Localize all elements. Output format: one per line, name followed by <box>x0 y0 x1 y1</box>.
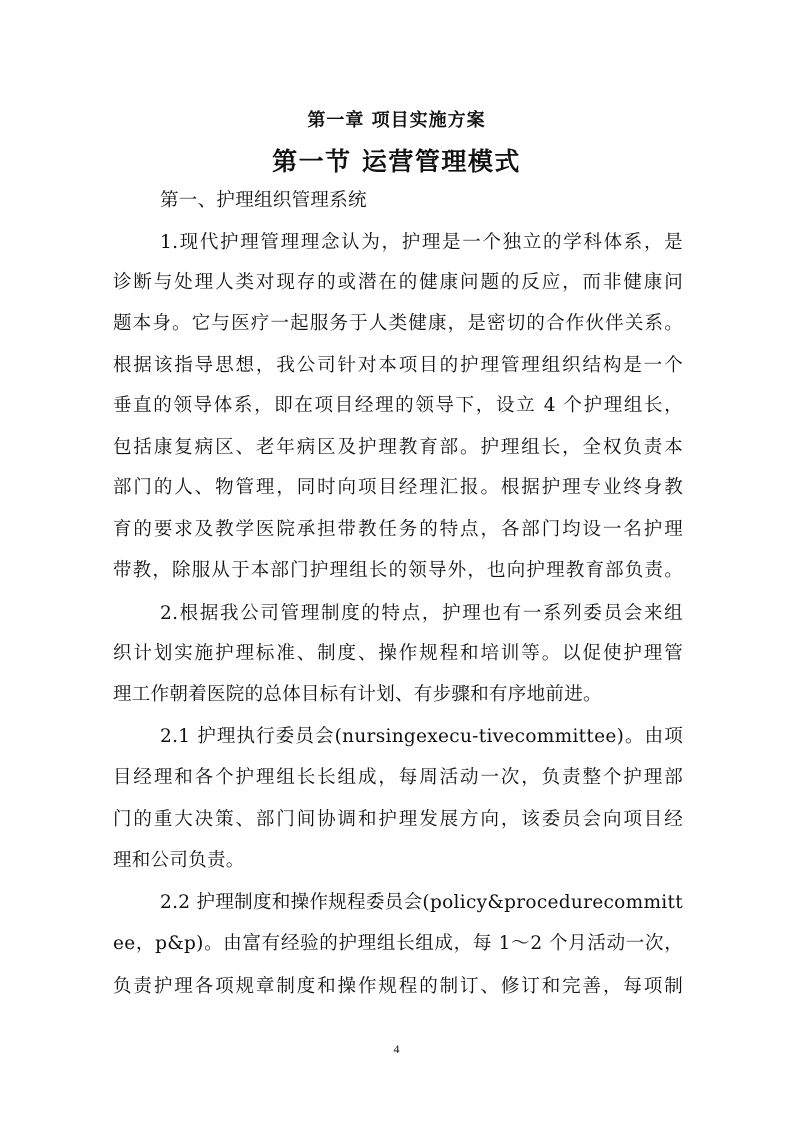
paragraph-line: 部门的人、物管理，同时向项目经理汇报。根据护理专业终身教 <box>113 476 683 500</box>
paragraph-line: 育的要求及教学医院承担带教任务的特点，各部门均设一名护理 <box>113 518 683 542</box>
paragraph-line: 包括康复病区、老年病区及护理教育部。护理组长，全权负责本 <box>113 436 683 460</box>
paragraph-line: 诊断与处理人类对现存的或潜在的健康问题的反应，而非健康问 <box>113 271 683 295</box>
paragraph-line: 2.根据我公司管理制度的特点，护理也有一系列委员会来组 <box>160 602 683 626</box>
paragraph-line: 理和公司负责。 <box>113 849 683 873</box>
paragraph-line: 负责护理各项规章制度和操作规程的制订、修订和完善，每项制 <box>113 975 683 999</box>
chapter-title: 第一章 项目实施方案 <box>0 106 793 132</box>
subsection-title: 第一、护理组织管理系统 <box>160 189 683 213</box>
section-title: 第一节 运营管理模式 <box>0 142 793 178</box>
paragraph-line: 目经理和各个护理组长长组成，每周活动一次，负责整个护理部 <box>113 766 683 790</box>
paragraph-line: 1.现代护理管理理念认为，护理是一个独立的学科体系，是 <box>160 231 683 255</box>
paragraph-line: 根据该指导思想，我公司针对本项目的护理管理组织结构是一个 <box>113 354 683 378</box>
page-number: 4 <box>0 1042 793 1057</box>
paragraph-line: 2.1 护理执行委员会(nursingexecu-tivecommittee)。… <box>160 725 683 749</box>
paragraph-line: 2.2 护理制度和操作规程委员会(policy&procedurecommitt <box>160 891 683 915</box>
paragraph-line: 带教，除服从于本部门护理组长的领导外，也向护理教育部负责。 <box>113 559 683 583</box>
paragraph-line: 织计划实施护理标准、制度、操作规程和培训等。以促使护理管 <box>113 642 683 666</box>
paragraph-line: 题本身。它与医疗一起服务于人类健康，是密切的合作伙伴关系。 <box>113 312 683 336</box>
paragraph-line: ee，p&p)。由富有经验的护理组长组成，每 1～2 个月活动一次， <box>113 932 683 956</box>
paragraph-line: 理工作朝着医院的总体目标有计划、有步骤和有序地前进。 <box>113 683 683 707</box>
paragraph-line: 门的重大决策、部门间协调和护理发展方向，该委员会向项目经 <box>113 808 683 832</box>
paragraph-line: 垂直的领导体系，即在项目经理的领导下，设立 4 个护理组长， <box>113 394 683 418</box>
